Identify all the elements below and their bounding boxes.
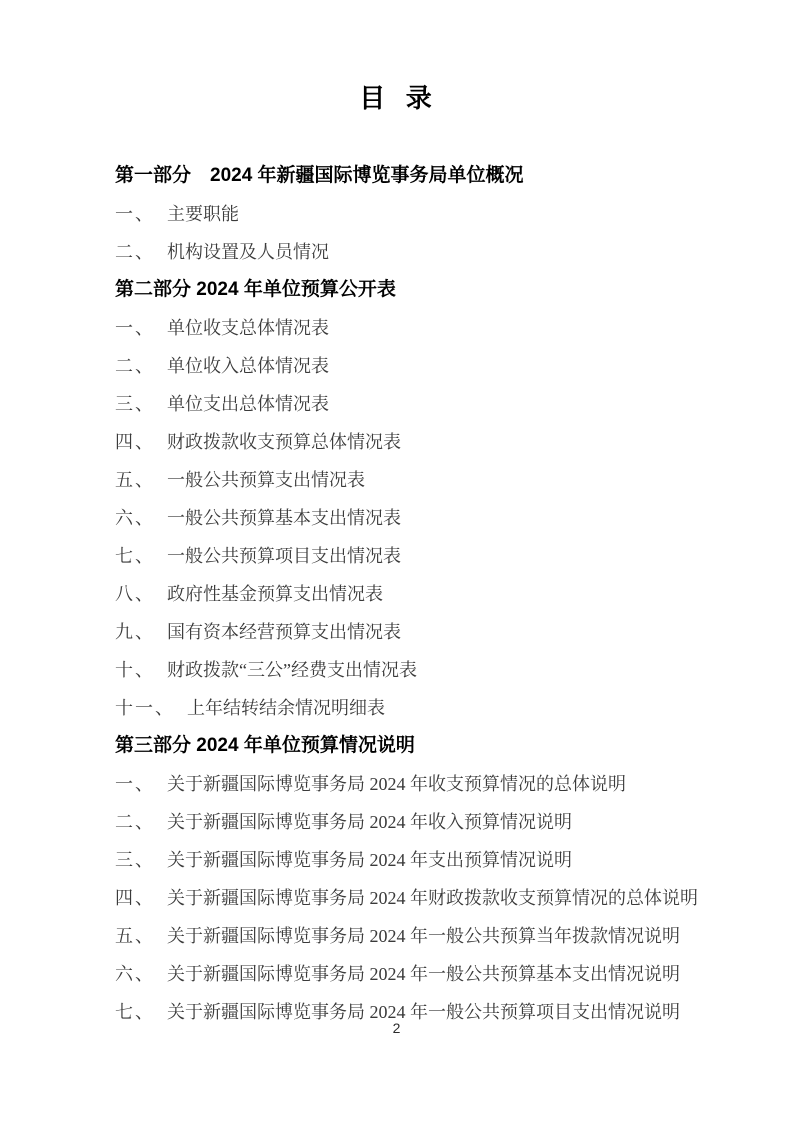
toc: 第一部分 2024 年新疆国际博览事务局单位概况一、主要职能二、机构设置及人员情… bbox=[115, 157, 723, 1031]
toc-entry-number: 三、 bbox=[115, 385, 155, 423]
toc-entry: 十、财政拨款“三公”经费支出情况表 bbox=[115, 651, 723, 689]
toc-entry: 二、单位收入总体情况表 bbox=[115, 347, 723, 385]
toc-entry-text: 关于新疆国际博览事务局 2024 年财政拨款收支预算情况的总体说明 bbox=[167, 888, 698, 908]
toc-entry: 五、一般公共预算支出情况表 bbox=[115, 461, 723, 499]
toc-entry: 五、关于新疆国际博览事务局 2024 年一般公共预算当年拨款情况说明 bbox=[115, 917, 723, 955]
toc-entry-number: 一、 bbox=[115, 195, 155, 233]
toc-entry-text: 上年结转结余情况明细表 bbox=[187, 698, 385, 718]
toc-entry-text: 关于新疆国际博览事务局 2024 年一般公共预算基本支出情况说明 bbox=[167, 964, 680, 984]
toc-title: 目 录 bbox=[0, 78, 793, 115]
toc-entry-text: 关于新疆国际博览事务局 2024 年收支预算情况的总体说明 bbox=[167, 774, 626, 794]
document-page: 目 录 第一部分 2024 年新疆国际博览事务局单位概况一、主要职能二、机构设置… bbox=[0, 0, 793, 1122]
toc-entry-text: 关于新疆国际博览事务局 2024 年一般公共预算项目支出情况说明 bbox=[167, 1002, 680, 1022]
toc-entry-number: 四、 bbox=[115, 879, 155, 917]
toc-entry-text: 国有资本经营预算支出情况表 bbox=[167, 622, 401, 642]
toc-entry-number: 五、 bbox=[115, 461, 155, 499]
toc-section-heading: 第三部分 2024 年单位预算情况说明 bbox=[115, 727, 723, 765]
toc-entry: 一、关于新疆国际博览事务局 2024 年收支预算情况的总体说明 bbox=[115, 765, 723, 803]
toc-entry-number: 九、 bbox=[115, 613, 155, 651]
toc-entry-number: 八、 bbox=[115, 575, 155, 613]
toc-entry-text: 一般公共预算支出情况表 bbox=[167, 470, 365, 490]
toc-entry: 四、财政拨款收支预算总体情况表 bbox=[115, 423, 723, 461]
toc-entry: 一、单位收支总体情况表 bbox=[115, 309, 723, 347]
toc-entry-number: 六、 bbox=[115, 499, 155, 537]
toc-entry-text: 单位支出总体情况表 bbox=[167, 394, 329, 414]
toc-entry-number: 十一、 bbox=[115, 689, 175, 727]
toc-entry-number: 一、 bbox=[115, 309, 155, 347]
toc-entry-text: 一般公共预算项目支出情况表 bbox=[167, 546, 401, 566]
toc-entry: 二、关于新疆国际博览事务局 2024 年收入预算情况说明 bbox=[115, 803, 723, 841]
toc-entry-text: 关于新疆国际博览事务局 2024 年一般公共预算当年拨款情况说明 bbox=[167, 926, 680, 946]
toc-entry: 六、一般公共预算基本支出情况表 bbox=[115, 499, 723, 537]
toc-entry-number: 二、 bbox=[115, 233, 155, 271]
toc-section-heading: 第二部分 2024 年单位预算公开表 bbox=[115, 271, 723, 309]
toc-entry: 九、国有资本经营预算支出情况表 bbox=[115, 613, 723, 651]
toc-entry-text: 关于新疆国际博览事务局 2024 年收入预算情况说明 bbox=[167, 812, 572, 832]
toc-entry-text: 财政拨款收支预算总体情况表 bbox=[167, 432, 401, 452]
toc-section-heading: 第一部分 2024 年新疆国际博览事务局单位概况 bbox=[115, 157, 723, 195]
toc-entry-number: 四、 bbox=[115, 423, 155, 461]
page-number: 2 bbox=[0, 1020, 793, 1036]
toc-entry: 二、机构设置及人员情况 bbox=[115, 233, 723, 271]
toc-entry-number: 七、 bbox=[115, 537, 155, 575]
toc-entry-text: 单位收入总体情况表 bbox=[167, 356, 329, 376]
toc-entry: 四、关于新疆国际博览事务局 2024 年财政拨款收支预算情况的总体说明 bbox=[115, 879, 723, 917]
toc-entry: 一、主要职能 bbox=[115, 195, 723, 233]
toc-entry-text: 主要职能 bbox=[167, 204, 239, 224]
toc-entry-text: 关于新疆国际博览事务局 2024 年支出预算情况说明 bbox=[167, 850, 572, 870]
toc-entry-number: 六、 bbox=[115, 955, 155, 993]
toc-entry-text: 政府性基金预算支出情况表 bbox=[167, 584, 383, 604]
toc-entry: 十一、上年结转结余情况明细表 bbox=[115, 689, 723, 727]
toc-entry: 八、政府性基金预算支出情况表 bbox=[115, 575, 723, 613]
toc-entry-number: 十、 bbox=[115, 651, 155, 689]
toc-entry-text: 单位收支总体情况表 bbox=[167, 318, 329, 338]
toc-entry-number: 一、 bbox=[115, 765, 155, 803]
toc-entry: 六、关于新疆国际博览事务局 2024 年一般公共预算基本支出情况说明 bbox=[115, 955, 723, 993]
toc-entry-number: 二、 bbox=[115, 803, 155, 841]
toc-entry: 七、一般公共预算项目支出情况表 bbox=[115, 537, 723, 575]
toc-entry: 三、关于新疆国际博览事务局 2024 年支出预算情况说明 bbox=[115, 841, 723, 879]
toc-entry-number: 五、 bbox=[115, 917, 155, 955]
toc-entry-text: 财政拨款“三公”经费支出情况表 bbox=[167, 660, 417, 680]
toc-entry-text: 机构设置及人员情况 bbox=[167, 242, 329, 262]
toc-entry-text: 一般公共预算基本支出情况表 bbox=[167, 508, 401, 528]
toc-entry-number: 二、 bbox=[115, 347, 155, 385]
toc-entry-number: 三、 bbox=[115, 841, 155, 879]
toc-entry: 三、单位支出总体情况表 bbox=[115, 385, 723, 423]
